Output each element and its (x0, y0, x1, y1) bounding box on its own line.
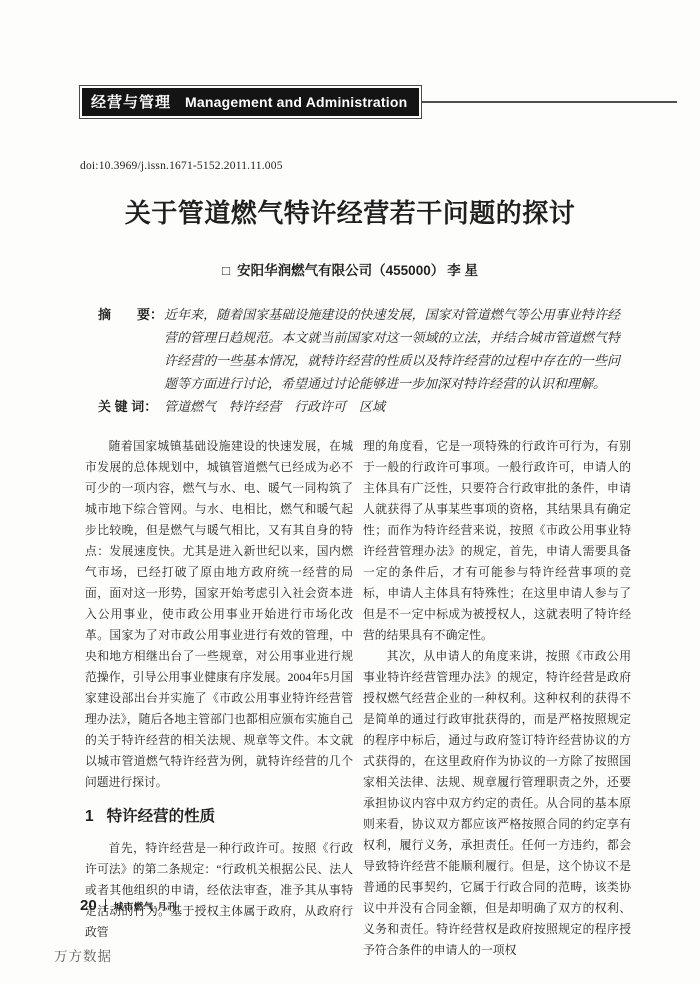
section-number: 1 (85, 806, 94, 827)
section1-paragraph: 首先，特许经营是一种行政许可。按照《行政许可法》的第二条规定：“行政机关根据公民… (85, 838, 353, 943)
keywords-label: 关 键 词： (98, 395, 164, 418)
section-heading: 1 特许经营的性质 (85, 806, 353, 827)
left-column: 随着国家城镇基础设施建设的快速发展，在城市发展的总体规划中，城镇管道燃气已经成为… (85, 436, 353, 961)
section-label-cn: 经营与管理 (91, 91, 171, 112)
section-label-en: Management and Administration (185, 94, 407, 110)
header-rule (422, 101, 677, 103)
header-band: 经营与管理 Management and Administration (79, 85, 677, 119)
second-point-paragraph: 其次，从申请人的角度来讲，按照《市政公用事业特许经营管理办法》的规定，特许经营是… (363, 646, 631, 961)
continuation-paragraph: 理的角度看，它是一项特殊的行政许可行为，有别于一般的行政许可事项。一般行政许可，… (363, 436, 631, 646)
page-footer: 20 城市燃气·月刊 (80, 897, 177, 914)
journal-page: 经营与管理 Management and Administration doi:… (0, 0, 700, 984)
page-number: 20 (80, 897, 97, 914)
body-columns: 随着国家城镇基础设施建设的快速发展，在城市发展的总体规划中，城镇管道燃气已经成为… (85, 436, 631, 961)
author-line: □安阳华润燃气有限公司（455000）李 星 (0, 259, 700, 279)
section-banner: 经营与管理 Management and Administration (79, 85, 422, 119)
author-marker-icon: □ (222, 263, 230, 278)
keywords-text: 管道燃气 特许经营 行政许可 区域 (164, 395, 620, 418)
intro-paragraph: 随着国家城镇基础设施建设的快速发展，在城市发展的总体规划中，城镇管道燃气已经成为… (85, 436, 353, 793)
abstract-label: 摘 要： (98, 303, 164, 326)
section-title: 特许经营的性质 (107, 806, 216, 827)
abstract-text: 近年来，随着国家基础设施建设的快速发展，国家对管道燃气等公用事业特许经营的管理日… (164, 303, 620, 395)
doi-line: doi:10.3969/j.issn.1671-5152.2011.11.005 (80, 160, 283, 172)
author-name: 李 星 (447, 263, 478, 278)
abstract-row: 摘 要： 近年来，随着国家基础设施建设的快速发展，国家对管道燃气等公用事业特许经… (98, 303, 620, 395)
section-banner-inner: 经营与管理 Management and Administration (82, 88, 419, 116)
watermark: 万方数据 (54, 945, 112, 965)
right-column: 理的角度看，它是一项特殊的行政许可行为，有别于一般的行政许可事项。一般行政许可，… (363, 436, 631, 961)
footer-divider (105, 899, 106, 912)
abstract-block: 摘 要： 近年来，随着国家基础设施建设的快速发展，国家对管道燃气等公用事业特许经… (98, 303, 620, 418)
journal-name: 城市燃气·月刊 (114, 899, 178, 913)
author-affiliation: 安阳华润燃气有限公司（455000） (237, 263, 444, 278)
article-title: 关于管道燃气特许经营若干问题的探讨 (35, 193, 665, 230)
keywords-row: 关 键 词： 管道燃气 特许经营 行政许可 区域 (98, 395, 620, 418)
